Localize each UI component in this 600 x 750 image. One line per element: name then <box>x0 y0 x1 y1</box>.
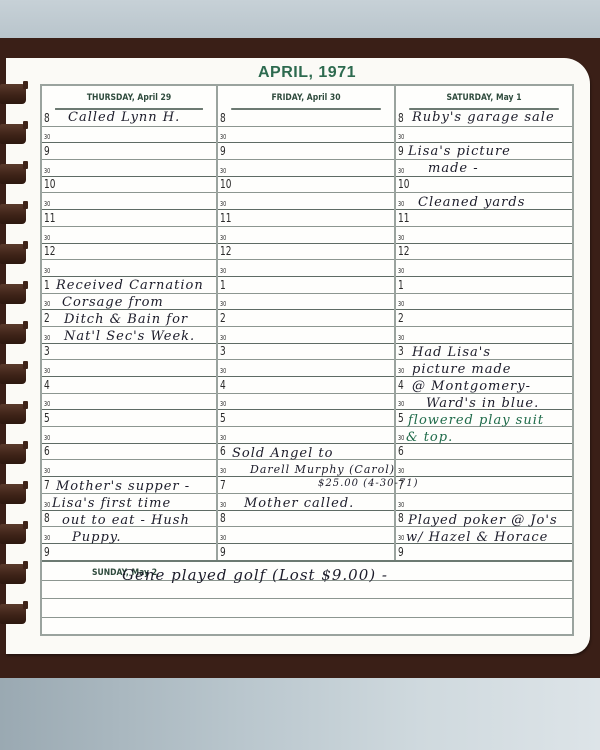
time-label: 30 <box>398 200 404 208</box>
time-slot-row: 5 <box>218 410 394 427</box>
time-slot-row: 3 <box>218 344 394 361</box>
time-label: 30 <box>398 501 404 509</box>
handwritten-entry: Mother's supper - <box>56 479 190 494</box>
time-label: 12 <box>44 244 55 258</box>
time-label: 30 <box>398 267 404 275</box>
time-label: 10 <box>398 177 409 191</box>
time-label: 11 <box>220 211 231 225</box>
time-slot-row: 30 <box>396 227 572 244</box>
time-label: 4 <box>398 378 404 392</box>
time-label: 7 <box>220 478 226 492</box>
handwritten-entry: Mother called. <box>244 496 354 511</box>
time-label: 30 <box>44 167 50 175</box>
time-slot-row: 9 <box>396 544 572 561</box>
time-slot-row: 30 <box>218 327 394 344</box>
time-slot-row: 11 <box>218 210 394 227</box>
time-label: 30 <box>44 334 50 342</box>
time-slot-row: 30 <box>396 160 572 177</box>
time-slot-row: 30 <box>42 394 216 411</box>
time-label: 10 <box>220 177 231 191</box>
binding-ring <box>0 284 26 304</box>
time-label: 9 <box>398 545 404 559</box>
time-label: 6 <box>220 444 226 458</box>
handwritten-entry: Received Carnation <box>56 278 204 293</box>
time-slot-row: 4 <box>218 377 394 394</box>
time-label: 30 <box>398 400 404 408</box>
handwritten-entry: Ward's in blue. <box>426 396 539 411</box>
time-label: 8 <box>398 511 404 525</box>
binding-ring <box>0 244 26 264</box>
time-label: 3 <box>44 344 50 358</box>
handwritten-entry: Ditch & Bain for <box>64 312 188 327</box>
time-slot-row: 30 <box>396 327 572 344</box>
time-slot-row: 30 <box>42 227 216 244</box>
time-label: 30 <box>398 167 404 175</box>
time-label: 9 <box>220 545 226 559</box>
time-slot-row: 9 <box>42 544 216 561</box>
time-slot-row: 30 <box>42 260 216 277</box>
time-label: 11 <box>398 211 409 225</box>
time-slot-row: 30 <box>42 460 216 477</box>
time-label: 30 <box>220 234 226 242</box>
time-label: 30 <box>220 467 226 475</box>
handwritten-entry: Darell Murphy (Carol) <box>250 463 395 476</box>
time-slot-row: 12 <box>42 244 216 261</box>
handwritten-entry: Cleaned yards <box>418 195 525 210</box>
time-slot-row: 5 <box>42 410 216 427</box>
time-label: 1 <box>398 278 404 292</box>
handwritten-entry: Played poker @ Jo's <box>408 513 558 528</box>
time-slot-row: 30 <box>42 127 216 144</box>
time-label: 30 <box>398 133 404 141</box>
spiral-binding <box>0 0 30 750</box>
time-label: 30 <box>398 300 404 308</box>
time-slot-row: 30 <box>218 160 394 177</box>
handwritten-entry: Corsage from <box>62 295 164 310</box>
time-label: 30 <box>398 434 404 442</box>
time-label: 30 <box>44 200 50 208</box>
planner-grid: THURSDAY, April 29 830930103011301230130… <box>40 84 574 636</box>
binding-ring <box>0 204 26 224</box>
time-slot-row: 9 <box>218 143 394 160</box>
time-label: 30 <box>44 133 50 141</box>
time-slot-row: 30 <box>42 527 216 544</box>
time-label: 30 <box>44 300 50 308</box>
binding-ring <box>0 364 26 384</box>
binding-ring <box>0 164 26 184</box>
time-slot-row: 30 <box>218 227 394 244</box>
handwritten-entry: Lisa's picture <box>408 144 511 159</box>
time-slot-row: 6 <box>396 444 572 461</box>
time-slot-row: 30 <box>218 127 394 144</box>
scan-background-top <box>0 0 600 40</box>
handwritten-entry: picture made <box>412 362 512 377</box>
handwritten-entry-green: & top. <box>406 430 453 445</box>
time-slot-row: 30 <box>218 360 394 377</box>
time-label: 30 <box>220 133 226 141</box>
time-slot-row: 9 <box>42 143 216 160</box>
time-slot-row: 30 <box>42 360 216 377</box>
day-header: THURSDAY, April 29 <box>55 86 203 110</box>
time-slot-row: 4 <box>42 377 216 394</box>
time-label: 30 <box>398 234 404 242</box>
time-label: 30 <box>44 501 50 509</box>
time-label: 3 <box>398 344 404 358</box>
time-label: 12 <box>398 244 409 258</box>
time-slot-row: 2 <box>218 310 394 327</box>
time-label: 30 <box>220 267 226 275</box>
time-label: 4 <box>220 378 226 392</box>
time-slot-row: 30 <box>396 260 572 277</box>
time-label: 30 <box>44 367 50 375</box>
time-slot-row: 10 <box>396 177 572 194</box>
time-label: 1 <box>44 278 50 292</box>
time-label: 30 <box>220 400 226 408</box>
time-label: 2 <box>44 311 50 325</box>
time-label: 30 <box>44 534 50 542</box>
time-label: 30 <box>44 234 50 242</box>
handwritten-entry: Nat'l Sec's Week. <box>64 329 195 344</box>
time-slot-row: 1 <box>218 277 394 294</box>
time-label: 7 <box>44 478 50 492</box>
handwritten-entry: Had Lisa's <box>412 345 491 360</box>
time-slot-row: 8 <box>218 110 394 127</box>
time-slot-row: 7 <box>396 477 572 494</box>
binding-ring <box>0 524 26 544</box>
time-label: 10 <box>44 177 55 191</box>
time-label: 2 <box>398 311 404 325</box>
handwritten-entry: Called Lynn H. <box>68 110 180 125</box>
binding-ring <box>0 444 26 464</box>
time-label: 9 <box>44 144 50 158</box>
time-label: 8 <box>398 111 404 125</box>
sunday-line <box>42 599 572 618</box>
handwritten-entry: @ Montgomery- <box>412 379 531 394</box>
time-label: 8 <box>44 511 50 525</box>
time-slot-row: 8 <box>218 511 394 528</box>
time-slot-row: 30 <box>218 394 394 411</box>
time-label: 30 <box>398 534 404 542</box>
time-slot-row: 10 <box>42 177 216 194</box>
handwritten-entry: Lisa's first time <box>52 496 171 511</box>
time-label: 9 <box>220 144 226 158</box>
time-label: 12 <box>220 244 231 258</box>
handwritten-entry: out to eat - Hush <box>62 513 190 528</box>
time-slots: 8309301030113012301302303304305306307308… <box>218 110 394 561</box>
time-label: 30 <box>398 334 404 342</box>
time-slot-row: 2 <box>396 310 572 327</box>
day-header: SATURDAY, May 1 <box>409 86 559 110</box>
time-slot-row: 30 <box>42 193 216 210</box>
binding-ring <box>0 564 26 584</box>
time-slot-row: 12 <box>396 244 572 261</box>
time-label: 30 <box>398 367 404 375</box>
time-label: 30 <box>220 200 226 208</box>
time-slot-row: 30 <box>218 193 394 210</box>
time-slot-row: 30 <box>218 427 394 444</box>
binding-ring <box>0 604 26 624</box>
time-slot-row: 30 <box>218 294 394 311</box>
time-label: 5 <box>44 411 50 425</box>
time-label: 5 <box>398 411 404 425</box>
time-label: 30 <box>220 167 226 175</box>
time-slots: 8309301030113012301302303304305306307308… <box>396 110 572 561</box>
time-label: 30 <box>220 534 226 542</box>
time-slot-row: 11 <box>396 210 572 227</box>
time-slot-row: 30 <box>42 160 216 177</box>
handwritten-entry: Puppy. <box>72 530 122 545</box>
sunday-line <box>42 618 572 637</box>
time-label: 11 <box>44 211 55 225</box>
time-label: 30 <box>220 334 226 342</box>
handwritten-entry: w/ Hazel & Horace <box>406 530 548 545</box>
time-label: 9 <box>44 545 50 559</box>
time-slot-row: 30 <box>396 460 572 477</box>
time-slot-row: 9 <box>218 544 394 561</box>
binding-ring <box>0 484 26 504</box>
time-slot-row: 30 <box>396 494 572 511</box>
handwritten-entry: Ruby's garage sale <box>412 110 555 125</box>
handwritten-entry-green: flowered play suit <box>408 413 544 428</box>
binding-ring <box>0 84 26 104</box>
time-slot-row: 11 <box>42 210 216 227</box>
handwritten-entry: Sold Angel to <box>232 446 333 461</box>
time-label: 1 <box>220 278 226 292</box>
time-label: 9 <box>398 144 404 158</box>
time-slot-row: 10 <box>218 177 394 194</box>
time-label: 30 <box>220 300 226 308</box>
time-label: 30 <box>220 434 226 442</box>
time-slot-row: 30 <box>218 260 394 277</box>
time-label: 8 <box>44 111 50 125</box>
time-label: 4 <box>44 378 50 392</box>
month-title: APRIL, 1971 <box>40 64 574 82</box>
binding-ring <box>0 124 26 144</box>
time-label: 5 <box>220 411 226 425</box>
time-slot-row: 6 <box>42 444 216 461</box>
time-slot-row: 1 <box>396 277 572 294</box>
time-slot-row: 30 <box>218 527 394 544</box>
time-slot-row: 30 <box>396 127 572 144</box>
time-label: 2 <box>220 311 226 325</box>
binding-ring <box>0 324 26 344</box>
time-label: 30 <box>44 467 50 475</box>
time-label: 30 <box>44 434 50 442</box>
time-label: 6 <box>398 444 404 458</box>
time-label: 30 <box>220 501 226 509</box>
handwritten-entry: Gene played golf (Lost $9.00) - <box>122 566 388 584</box>
time-slot-row: 30 <box>42 427 216 444</box>
day-header: FRIDAY, April 30 <box>231 86 381 110</box>
handwritten-entry: made - <box>428 161 479 176</box>
time-label: 30 <box>44 267 50 275</box>
handwritten-entry: $25.00 (4-30-71) <box>318 478 419 489</box>
time-label: 3 <box>220 344 226 358</box>
binding-ring <box>0 404 26 424</box>
time-label: 8 <box>220 511 226 525</box>
time-label: 8 <box>220 111 226 125</box>
time-slot-row: 3 <box>42 344 216 361</box>
time-label: 6 <box>44 444 50 458</box>
time-slot-row: 30 <box>396 294 572 311</box>
time-label: 30 <box>398 467 404 475</box>
time-slot-row: 12 <box>218 244 394 261</box>
time-label: 30 <box>220 367 226 375</box>
time-label: 30 <box>44 400 50 408</box>
